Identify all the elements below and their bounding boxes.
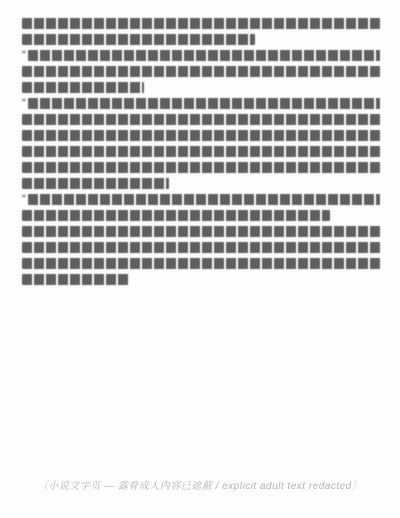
redacted-text-line: “	[22, 98, 380, 109]
redacted-text-bar	[22, 66, 380, 77]
redacted-text-line	[22, 114, 380, 125]
redacted-text-bar	[22, 162, 380, 173]
redacted-text-bar	[22, 274, 129, 285]
redaction-notice: 〔小说文字页 — 露骨成人内容已遮蔽 / explicit adult text…	[0, 477, 400, 492]
redacted-text-line	[22, 274, 380, 285]
redacted-text-line	[22, 210, 380, 221]
novel-page: “““ 〔小说文字页 — 露骨成人内容已遮蔽 / explicit adult …	[0, 0, 400, 518]
redacted-text-bar	[22, 178, 169, 189]
paragraph-5	[22, 226, 380, 285]
redacted-text-line	[22, 82, 380, 93]
redacted-text-bar	[28, 194, 380, 205]
redacted-text-line	[22, 258, 380, 269]
redacted-text-bar	[22, 258, 380, 269]
redacted-text-line: “	[22, 194, 380, 205]
paragraph-4: “	[22, 194, 380, 221]
redacted-text-line	[22, 18, 380, 29]
redacted-text-line	[22, 66, 380, 77]
redacted-text-line	[22, 130, 380, 141]
redacted-text-bar	[22, 210, 330, 221]
redacted-text-bar	[22, 226, 380, 237]
redacted-text-bar	[22, 34, 255, 45]
paragraph-3: “	[22, 98, 380, 189]
redacted-text-line	[22, 226, 380, 237]
redacted-text-bar	[22, 242, 380, 253]
redacted-text-line	[22, 146, 380, 157]
redacted-text-bar	[22, 18, 380, 29]
redacted-text-line: “	[22, 50, 380, 61]
redacted-text-bar	[28, 50, 380, 61]
redacted-text-bar	[22, 114, 380, 125]
opening-quote-mark: “	[22, 98, 26, 109]
redacted-text-bar	[22, 82, 144, 93]
redacted-text-line	[22, 242, 380, 253]
redacted-text-bar	[22, 130, 380, 141]
opening-quote-mark: “	[22, 194, 26, 205]
paragraph-1	[22, 18, 380, 45]
redacted-text-bar	[28, 98, 380, 109]
redacted-text-bar	[22, 146, 380, 157]
text-column: “““	[22, 18, 380, 290]
redacted-text-line	[22, 178, 380, 189]
redacted-text-line	[22, 162, 380, 173]
paragraph-2: “	[22, 50, 380, 93]
redacted-text-line	[22, 34, 380, 45]
opening-quote-mark: “	[22, 50, 26, 61]
